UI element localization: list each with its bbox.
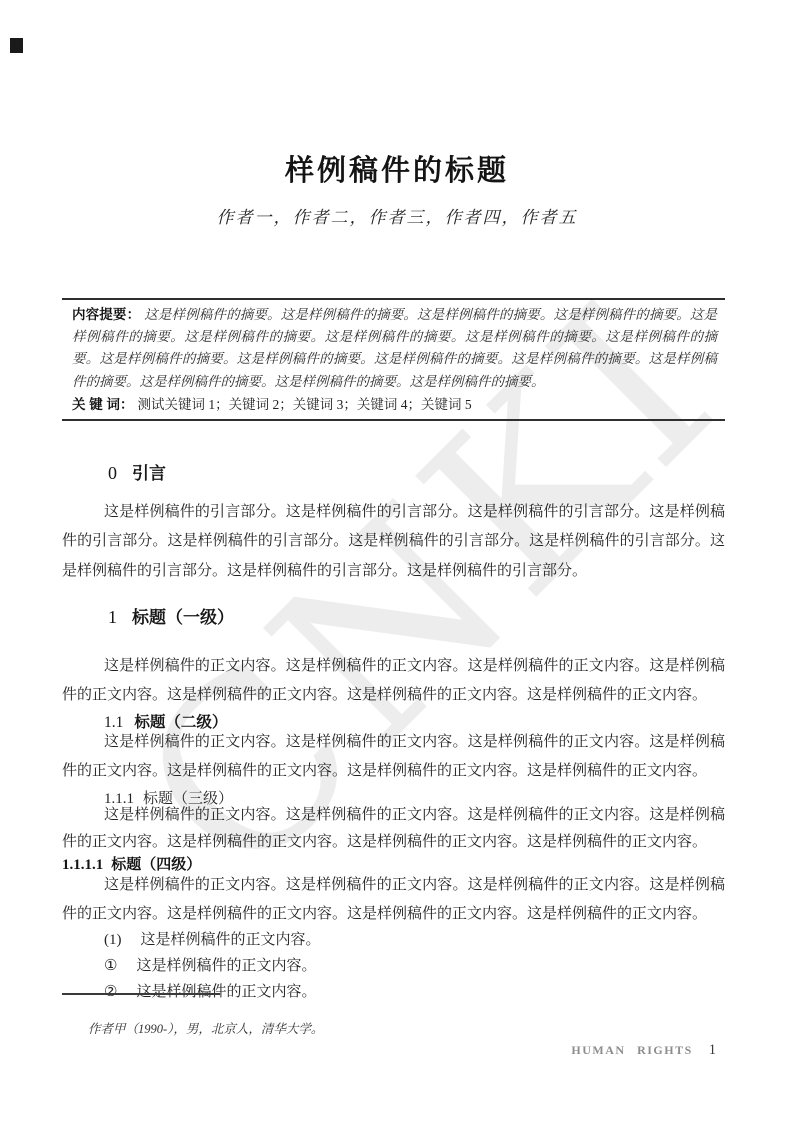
article-authors: 作者一，作者二，作者三，作者四，作者五 [0, 205, 794, 231]
footnote-divider [62, 993, 220, 995]
list-item: ①这是样例稿件的正文内容。 [62, 954, 725, 975]
list-item: ②这是样例稿件的正文内容。 [62, 980, 725, 1001]
list-item: (1)这是样例稿件的正文内容。 [62, 928, 725, 949]
heading-intro-number: 0 [108, 463, 117, 483]
heading-intro-label: 引言 [132, 464, 166, 483]
journal-name: HUMAN RIGHTS [571, 1043, 692, 1058]
abstract-box: 内容提要：这是样例稿件的摘要。这是样例稿件的摘要。这是样例稿件的摘要。这是样例稿… [62, 298, 725, 421]
list-item-text: 这是样例稿件的正文内容。 [141, 932, 321, 948]
footnote-text: 作者甲（1990-），男，北京人，清华大学。 [88, 1020, 648, 1038]
list-item-marker: (1) [104, 932, 122, 948]
intro-paragraph: 这是样例稿件的引言部分。这是样例稿件的引言部分。这是样例稿件的引言部分。这是样例… [62, 498, 725, 586]
corner-annotation-mark [10, 38, 23, 53]
paragraph-level4: 这是样例稿件的正文内容。这是样例稿件的正文内容。这是样例稿件的正文内容。这是样例… [62, 871, 725, 929]
heading-level1-label: 标题（一级） [132, 608, 234, 627]
list-item-marker: ① [104, 958, 117, 974]
page-content: 样例稿件的标题 作者一，作者二，作者三，作者四，作者五 内容提要：这是样例稿件的… [0, 0, 794, 1123]
heading-intro: 0引言 [62, 459, 725, 484]
document-page: CNKI 样例稿件的标题 作者一，作者二，作者三，作者四，作者五 内容提要：这是… [0, 0, 794, 1123]
abstract-label: 内容提要： [72, 307, 140, 322]
page-footer: HUMAN RIGHTS 1 [571, 1042, 716, 1059]
heading-level1: 1标题（一级） [62, 603, 725, 628]
keywords-text: 测试关键词 1；关键词 2；关键词 3；关键词 4；关键词 5 [138, 397, 472, 412]
paragraph-level1: 这是样例稿件的正文内容。这是样例稿件的正文内容。这是样例稿件的正文内容。这是样例… [62, 652, 725, 710]
keywords-label: 关 键 词： [72, 397, 134, 412]
article-title: 样例稿件的标题 [0, 150, 794, 192]
keywords-line: 关 键 词：测试关键词 1；关键词 2；关键词 3；关键词 4；关键词 5 [72, 394, 717, 416]
abstract-text: 这是样例稿件的摘要。这是样例稿件的摘要。这是样例稿件的摘要。这是样例稿件的摘要。… [72, 307, 717, 389]
abstract-paragraph: 内容提要：这是样例稿件的摘要。这是样例稿件的摘要。这是样例稿件的摘要。这是样例稿… [72, 304, 717, 393]
list-item-marker: ② [104, 984, 117, 1000]
page-number: 1 [709, 1042, 716, 1059]
list-item-text: 这是样例稿件的正文内容。 [136, 958, 316, 974]
heading-level1-number: 1 [108, 607, 117, 627]
paragraph-level3: 这是样例稿件的正文内容。这是样例稿件的正文内容。这是样例稿件的正文内容。这是样例… [62, 802, 725, 856]
list-item-text: 这是样例稿件的正文内容。 [136, 984, 316, 1000]
paragraph-level2: 这是样例稿件的正文内容。这是样例稿件的正文内容。这是样例稿件的正文内容。这是样例… [62, 728, 725, 785]
